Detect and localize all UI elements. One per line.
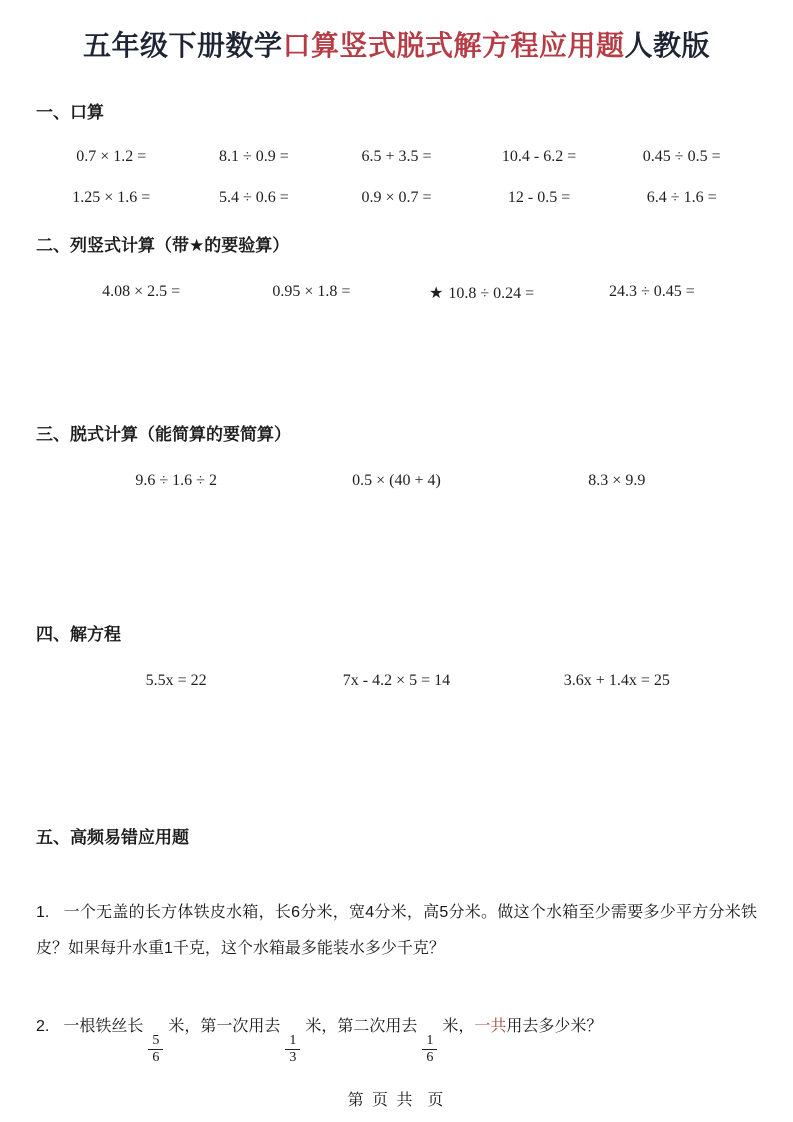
problem-text-segment: 米，第一次用去 bbox=[168, 1018, 280, 1035]
equation-problem: 7x - 4.2 × 5 = 14 bbox=[286, 672, 506, 690]
oral-problem: 0.9 × 0.7 = bbox=[325, 189, 468, 207]
fraction-numerator: 1 bbox=[422, 1033, 437, 1050]
fraction-denominator: 6 bbox=[422, 1050, 437, 1066]
oral-problem: 1.25 × 1.6 = bbox=[40, 189, 183, 207]
problem-text-highlight: 一共 bbox=[474, 1018, 506, 1035]
vertical-problem: 24.3 ÷ 0.45 = bbox=[567, 283, 737, 303]
fraction: 13 bbox=[285, 1033, 300, 1066]
oral-problem: 6.5 + 3.5 = bbox=[325, 148, 468, 166]
word-problem-1: 1.一个无盖的长方体铁皮水箱，长6分米，宽4分米，高5分米。做这个水箱至少需要多… bbox=[36, 895, 757, 967]
equation-problem: 3.6x + 1.4x = 25 bbox=[507, 672, 727, 690]
problem-text-segment: 用去多少米？ bbox=[506, 1018, 602, 1035]
word-problem-2: 2.一根铁丝长56米，第一次用去13米，第二次用去16米，一共用去多少米？ bbox=[36, 1003, 757, 1066]
page-title: 五年级下册数学口算竖式脱式解方程应用题人教版 bbox=[36, 0, 757, 66]
star-icon: ★ bbox=[429, 285, 443, 302]
vertical-problem: 4.08 × 2.5 = bbox=[56, 283, 226, 303]
fraction: 56 bbox=[148, 1033, 163, 1066]
stepwise-problem: 0.5 × (40 + 4) bbox=[286, 472, 506, 490]
oral-problem: 12 - 0.5 = bbox=[468, 189, 611, 207]
equation-items: 5.5x = 22 7x - 4.2 × 5 = 14 3.6x + 1.4x … bbox=[36, 672, 757, 690]
oral-row-1: 0.7 × 1.2 = 8.1 ÷ 0.9 = 6.5 + 3.5 = 10.4… bbox=[36, 148, 757, 166]
oral-problem: 5.4 ÷ 0.6 = bbox=[183, 189, 326, 207]
problem-text-segment: 米， bbox=[442, 1018, 474, 1035]
section-word-problems-heading: 五、高频易错应用题 bbox=[36, 827, 757, 849]
fraction-numerator: 5 bbox=[148, 1033, 163, 1050]
stepwise-problem: 8.3 × 9.9 bbox=[507, 472, 727, 490]
vertical-problem: 10.8 ÷ 0.24 = bbox=[448, 285, 534, 302]
stepwise-problem: 9.6 ÷ 1.6 ÷ 2 bbox=[66, 472, 286, 490]
title-prefix: 五年级下册数学 bbox=[83, 30, 283, 61]
section-stepwise-heading: 三、脱式计算（能简算的要简算） bbox=[36, 424, 757, 446]
fraction-denominator: 3 bbox=[285, 1050, 300, 1066]
title-suffix: 人教版 bbox=[625, 30, 711, 61]
oral-problem: 8.1 ÷ 0.9 = bbox=[183, 148, 326, 166]
vertical-items: 4.08 × 2.5 = 0.95 × 1.8 = ★10.8 ÷ 0.24 =… bbox=[36, 283, 757, 303]
equation-problem: 5.5x = 22 bbox=[66, 672, 286, 690]
problem-text-segment: 一根铁丝长 bbox=[63, 1018, 143, 1035]
fraction: 16 bbox=[422, 1033, 437, 1066]
oral-problem: 0.7 × 1.2 = bbox=[40, 148, 183, 166]
section-oral-heading: 一、口算 bbox=[36, 102, 757, 124]
fraction-numerator: 1 bbox=[285, 1033, 300, 1050]
problem-text-segment: 米，第二次用去 bbox=[305, 1018, 417, 1035]
problem-number: 2. bbox=[36, 1018, 49, 1035]
oral-problem: 0.45 ÷ 0.5 = bbox=[610, 148, 753, 166]
problem-number: 1. bbox=[36, 904, 49, 921]
page-footer: 第 页 共 页 bbox=[0, 1087, 793, 1110]
oral-problem: 10.4 - 6.2 = bbox=[468, 148, 611, 166]
section-vertical-heading: 二、列竖式计算（带★的要验算） bbox=[36, 235, 757, 257]
vertical-problem: 0.95 × 1.8 = bbox=[226, 283, 396, 303]
problem-text: 一个无盖的长方体铁皮水箱，长6分米，宽4分米，高5分米。做这个水箱至少需要多少平… bbox=[36, 904, 757, 957]
section-equations-heading: 四、解方程 bbox=[36, 624, 757, 646]
vertical-problem-starred: ★10.8 ÷ 0.24 = bbox=[397, 283, 567, 303]
oral-problem: 6.4 ÷ 1.6 = bbox=[610, 189, 753, 207]
worksheet-page: 五年级下册数学口算竖式脱式解方程应用题人教版 一、口算 0.7 × 1.2 = … bbox=[0, 0, 793, 1122]
fraction-denominator: 6 bbox=[148, 1050, 163, 1066]
stepwise-items: 9.6 ÷ 1.6 ÷ 2 0.5 × (40 + 4) 8.3 × 9.9 bbox=[36, 472, 757, 490]
title-highlight: 口算竖式脱式解方程应用题 bbox=[282, 30, 624, 61]
oral-row-2: 1.25 × 1.6 = 5.4 ÷ 0.6 = 0.9 × 0.7 = 12 … bbox=[36, 189, 757, 207]
